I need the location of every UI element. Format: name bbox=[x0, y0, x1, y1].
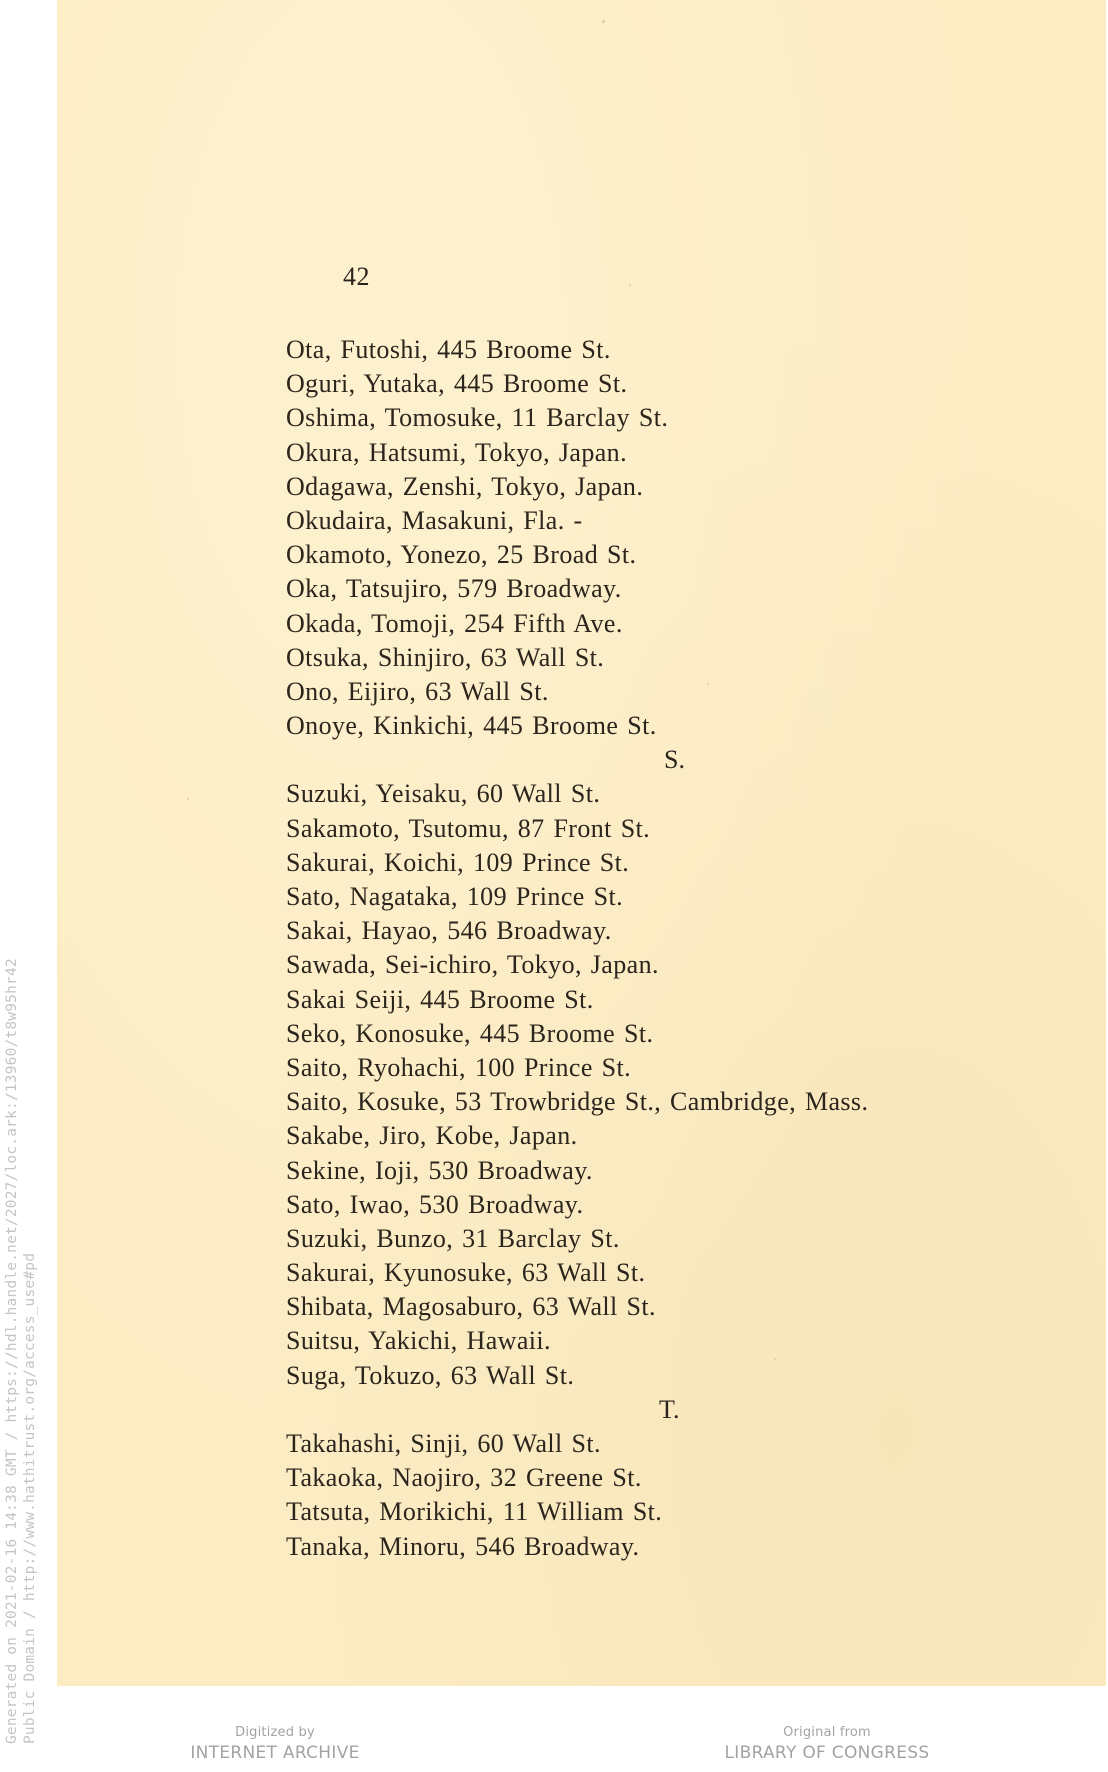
directory-entry: Sekine, Ioji, 530 Broadway. bbox=[286, 1154, 868, 1188]
paper-speck bbox=[629, 284, 631, 286]
directory-entry: Ota, Futoshi, 445 Broome St. bbox=[286, 333, 868, 367]
directory-entry: Tatsuta, Morikichi, 11 William St. bbox=[286, 1495, 868, 1529]
directory-entry: Takahashi, Sinji, 60 Wall St. bbox=[286, 1427, 868, 1461]
directory-entry: Okada, Tomoji, 254 Fifth Ave. bbox=[286, 607, 868, 641]
internet-archive-label: INTERNET ARCHIVE bbox=[186, 1742, 364, 1764]
section-header-t: T. bbox=[286, 1393, 868, 1427]
directory-entry: Sakurai, Kyunosuke, 63 Wall St. bbox=[286, 1256, 868, 1290]
directory-entry: Onoye, Kinkichi, 445 Broome St. bbox=[286, 709, 868, 743]
directory-entry: Suga, Tokuzo, 63 Wall St. bbox=[286, 1359, 868, 1393]
directory-entry: Sakamoto, Tsutomu, 87 Front St. bbox=[286, 812, 868, 846]
library-of-congress-label: LIBRARY OF CONGRESS bbox=[722, 1742, 932, 1764]
directory-entry: Ono, Eijiro, 63 Wall St. bbox=[286, 675, 868, 709]
directory-entry: Suzuki, Yeisaku, 60 Wall St. bbox=[286, 777, 868, 811]
directory-entry: Sawada, Sei-ichiro, Tokyo, Japan. bbox=[286, 948, 868, 982]
directory-entry: Sakabe, Jiro, Kobe, Japan. bbox=[286, 1119, 868, 1153]
directory-entry: Okudaira, Masakuni, Fla. - bbox=[286, 504, 868, 538]
digitized-by-label: Digitized by bbox=[186, 1724, 364, 1742]
hathitrust-watermark: Generated on 2021-02-16 14:38 GMT / http… bbox=[0, 0, 57, 1772]
page-number: 42 bbox=[343, 262, 370, 292]
watermark-rights-line: Public Domain / http://www.hathitrust.or… bbox=[22, 1253, 38, 1744]
directory-entry: Suitsu, Yakichi, Hawaii. bbox=[286, 1324, 868, 1358]
directory-list: Ota, Futoshi, 445 Broome St. Oguri, Yuta… bbox=[286, 333, 868, 1564]
directory-entry: Tanaka, Minoru, 546 Broadway. bbox=[286, 1530, 868, 1564]
directory-entry: Shibata, Magosaburo, 63 Wall St. bbox=[286, 1290, 868, 1324]
original-from-credit: Original from LIBRARY OF CONGRESS bbox=[722, 1724, 932, 1764]
directory-entry: Oguri, Yutaka, 445 Broome St. bbox=[286, 367, 868, 401]
directory-entry: Okamoto, Yonezo, 25 Broad St. bbox=[286, 538, 868, 572]
directory-entry: Sato, Nagataka, 109 Prince St. bbox=[286, 880, 868, 914]
directory-entry: Oshima, Tomosuke, 11 Barclay St. bbox=[286, 401, 868, 435]
directory-entry: Suzuki, Bunzo, 31 Barclay St. bbox=[286, 1222, 868, 1256]
original-from-label: Original from bbox=[722, 1724, 932, 1742]
directory-entry: Sato, Iwao, 530 Broadway. bbox=[286, 1188, 868, 1222]
directory-entry: Seko, Konosuke, 445 Broome St. bbox=[286, 1017, 868, 1051]
directory-entry: Oka, Tatsujiro, 579 Broadway. bbox=[286, 572, 868, 606]
section-header-s: S. bbox=[286, 743, 868, 777]
directory-entry: Takaoka, Naojiro, 32 Greene St. bbox=[286, 1461, 868, 1495]
directory-entry: Saito, Ryohachi, 100 Prince St. bbox=[286, 1051, 868, 1085]
directory-entry: Odagawa, Zenshi, Tokyo, Japan. bbox=[286, 470, 868, 504]
paper-speck bbox=[602, 20, 605, 23]
directory-entry: Saito, Kosuke, 53 Trowbridge St., Cambri… bbox=[286, 1085, 868, 1119]
directory-entry: Sakai, Hayao, 546 Broadway. bbox=[286, 914, 868, 948]
directory-entry: Okura, Hatsumi, Tokyo, Japan. bbox=[286, 436, 868, 470]
directory-entry: Sakai Seiji, 445 Broome St. bbox=[286, 983, 868, 1017]
watermark-generated-line: Generated on 2021-02-16 14:38 GMT / http… bbox=[4, 958, 20, 1744]
paper-speck bbox=[187, 798, 189, 800]
scanned-page: 42 Ota, Futoshi, 445 Broome St. Oguri, Y… bbox=[57, 0, 1106, 1686]
directory-entry: Otsuka, Shinjiro, 63 Wall St. bbox=[286, 641, 868, 675]
directory-entry: Sakurai, Koichi, 109 Prince St. bbox=[286, 846, 868, 880]
digitized-by-credit: Digitized by INTERNET ARCHIVE bbox=[186, 1724, 364, 1764]
